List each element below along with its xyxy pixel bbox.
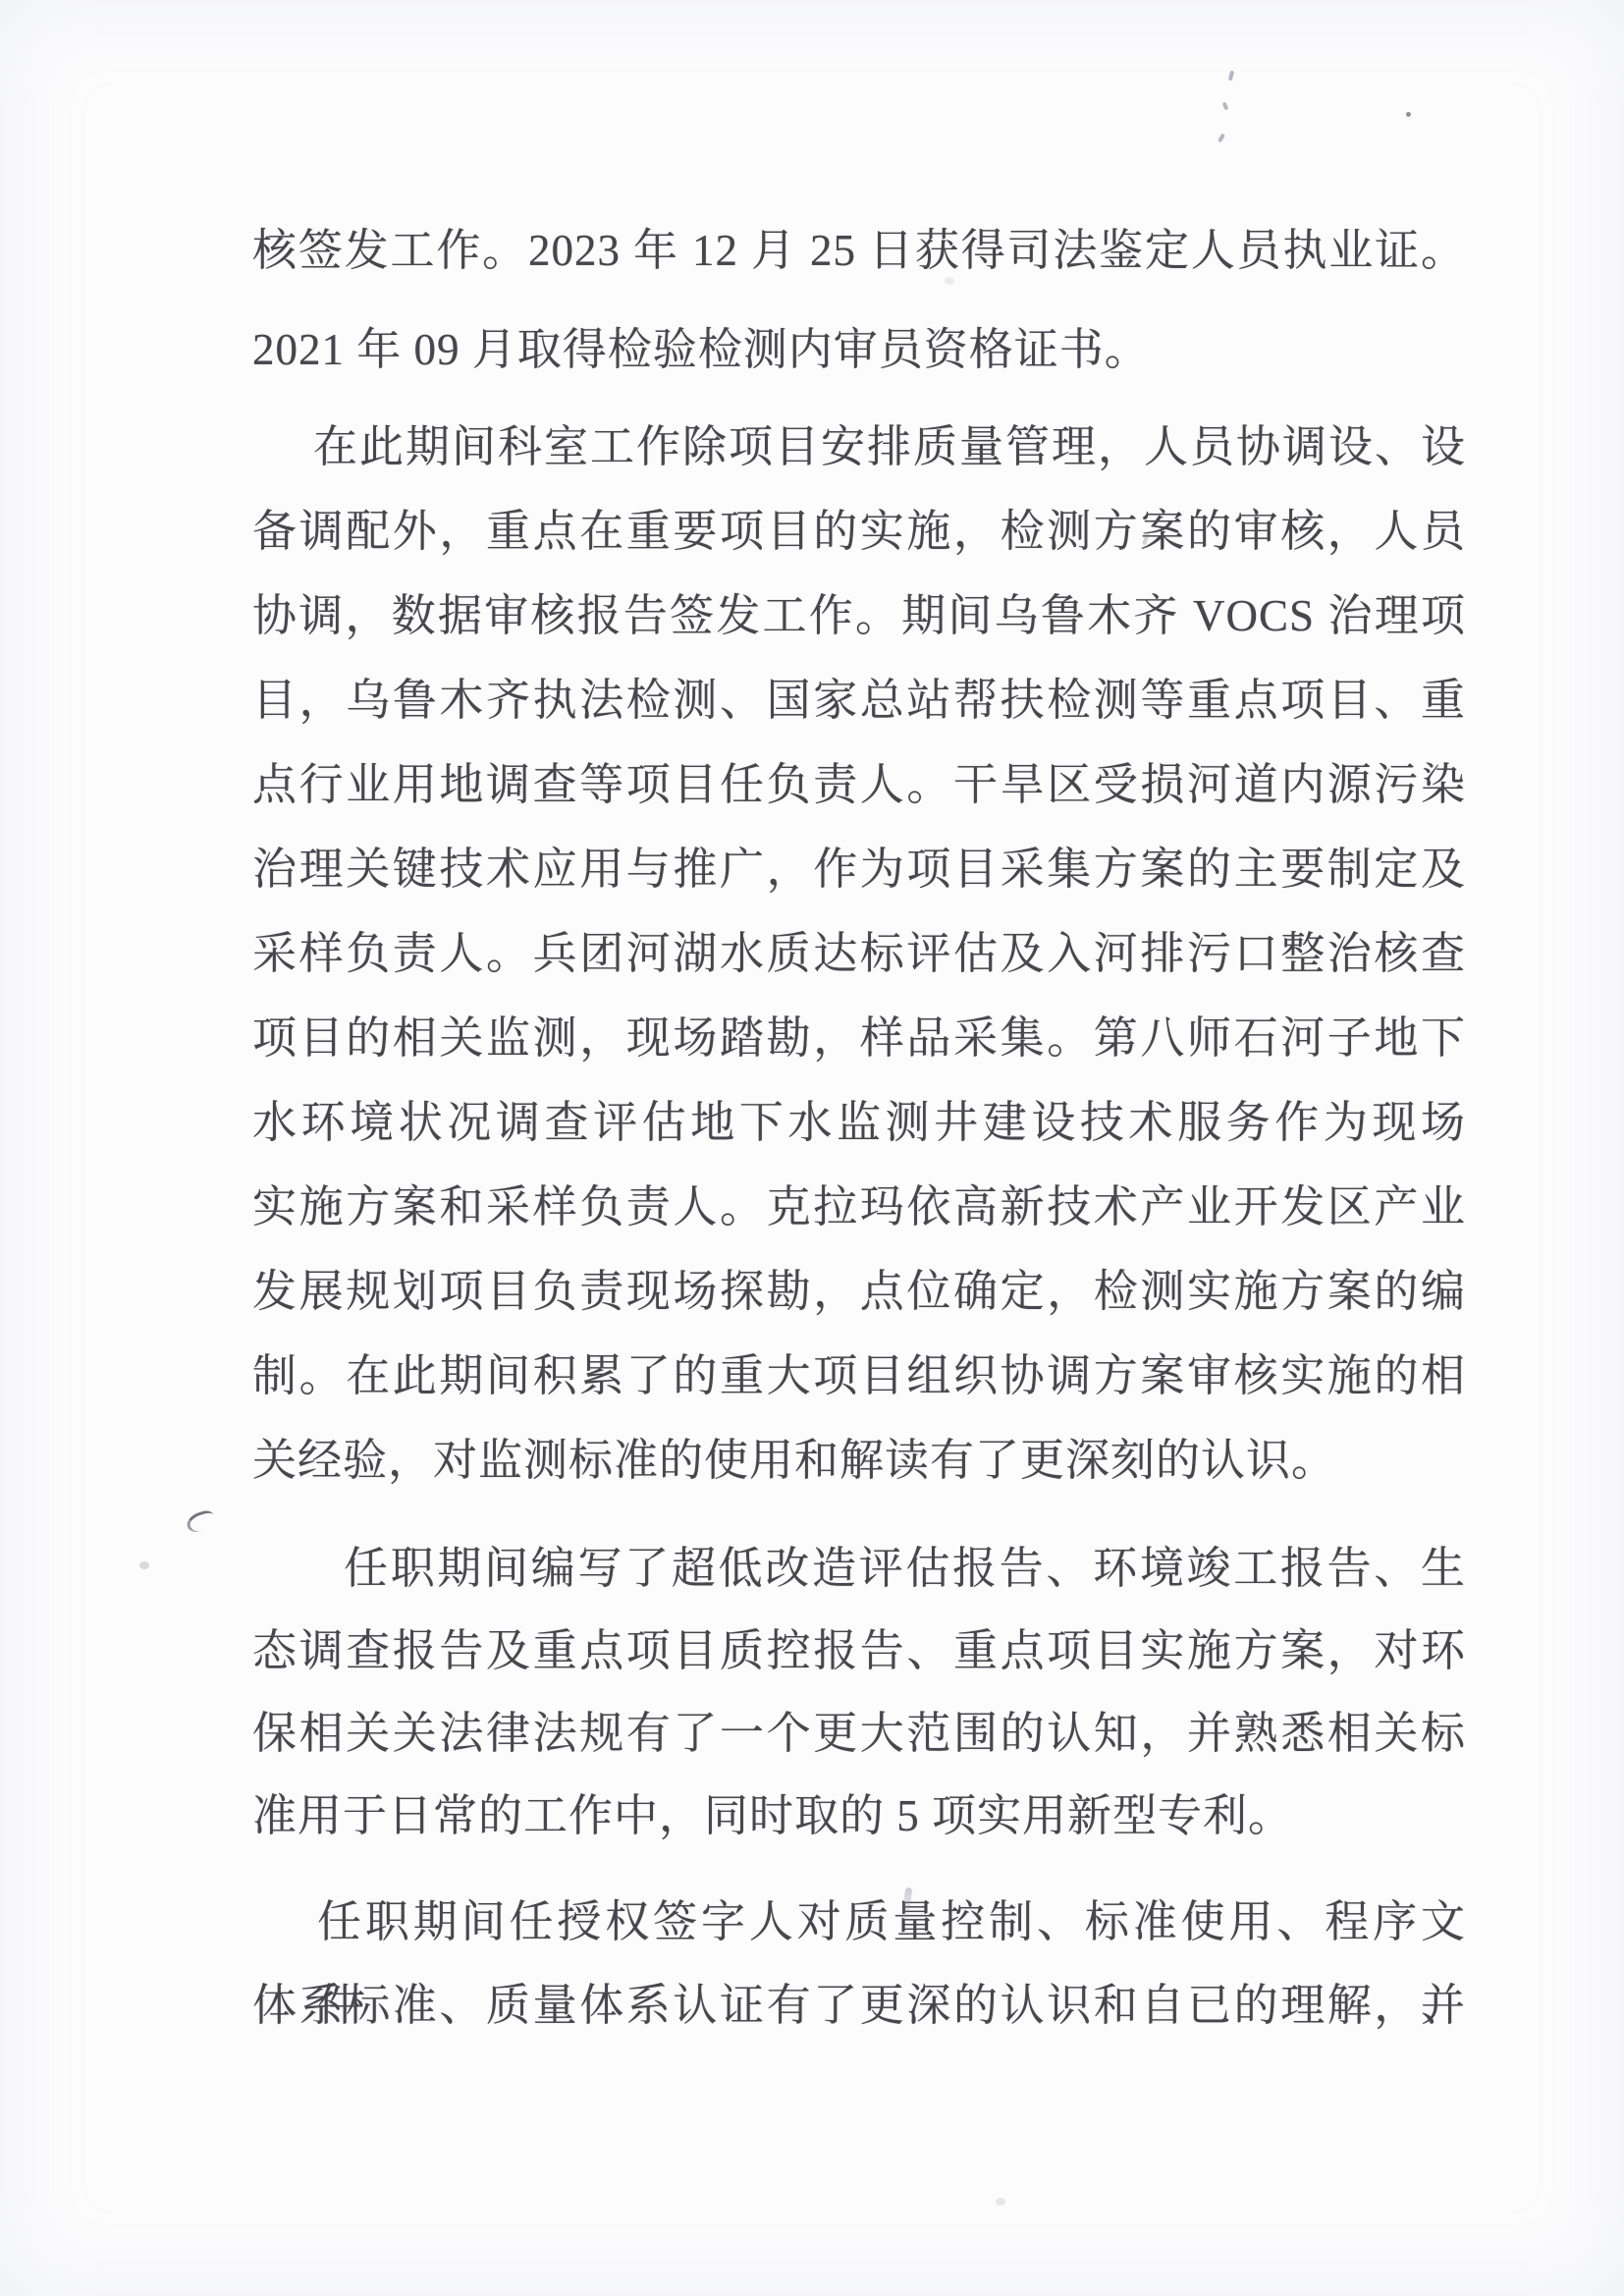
text-line: 采样负责人。兵团河湖水质达标评估及入河排污口整治核查 xyxy=(252,911,1466,996)
scan-speck xyxy=(996,2198,1005,2206)
scan-speck xyxy=(1228,71,1234,82)
text-line: 2021 年 09 月取得检验检测内审员资格证书。 xyxy=(252,301,1466,400)
scan-speck xyxy=(1222,102,1229,111)
text-line: 点行业用地调查等项目任负责人。干旱区受损河道内源污染 xyxy=(252,742,1466,827)
text-line: 态调查报告及重点项目质控报告、重点项目实施方案，对环 xyxy=(252,1610,1466,1692)
text-line: 任职期间编写了超低改造评估报告、环境竣工报告、生 xyxy=(252,1527,1466,1610)
text-line: 关经验，对监测标准的使用和解读有了更深刻的认识。 xyxy=(252,1418,1466,1503)
text-line: 协调，数据审核报告签发工作。期间乌鲁木齐 VOCS 治理项 xyxy=(252,574,1466,658)
text-line: 在此期间科室工作除项目安排质量管理，人员协调设、设 xyxy=(252,405,1466,489)
text-line: 目，乌鲁木齐执法检测、国家总站帮扶检测等重点项目、重 xyxy=(252,658,1466,742)
paragraph-reports-patents: 任职期间编写了超低改造评估报告、环境竣工报告、生态调查报告及重点项目质控报告、重… xyxy=(252,1527,1466,1857)
paragraph-authorized-signatory: 任职期间任授权签字人对质量控制、标准使用、程序文件、体系标准、质量体系认证有了更… xyxy=(252,1881,1466,2048)
text-line: 项目的相关监测，现场踏勘，样品采集。第八师石河子地下 xyxy=(252,996,1466,1080)
scan-scribble xyxy=(185,1508,217,1535)
text-line: 实施方案和采样负责人。克拉玛依高新技术产业开发区产业 xyxy=(252,1165,1466,1249)
text-line: 水环境状况调查评估地下水监测井建设技术服务作为现场 xyxy=(252,1080,1466,1165)
scanned-document-page: 核签发工作。2023 年 12 月 25 日获得司法鉴定人员执业证。2021 年… xyxy=(0,0,1624,2296)
text-line: 发展规划项目负责现场探勘，点位确定，检测实施方案的编 xyxy=(252,1249,1466,1334)
text-line: 制。在此期间积累了的重大项目组织协调方案审核实施的相 xyxy=(252,1334,1466,1418)
text-line: 任职期间任授权签字人对质量控制、标准使用、程序文件、 xyxy=(252,1881,1466,1964)
text-line: 准用于日常的工作中，同时取的 5 项实用新型专利。 xyxy=(252,1775,1466,1857)
scan-speck xyxy=(139,1561,149,1569)
paragraph-certificates: 核签发工作。2023 年 12 月 25 日获得司法鉴定人员执业证。2021 年… xyxy=(252,201,1466,400)
scan-speck xyxy=(1218,134,1225,143)
text-line: 保相关关法律法规有了一个更大范围的认知，并熟悉相关标 xyxy=(252,1692,1466,1775)
paragraph-department-work: 在此期间科室工作除项目安排质量管理，人员协调设、设备调配外，重点在重要项目的实施… xyxy=(252,405,1466,1503)
text-line: 治理关键技术应用与推广，作为项目采集方案的主要制定及 xyxy=(252,827,1466,911)
scan-speck xyxy=(1406,112,1411,117)
text-line: 备调配外，重点在重要项目的实施，检测方案的审核，人员 xyxy=(252,489,1466,574)
text-line: 体系标准、质量体系认证有了更深的认识和自已的理解，并 xyxy=(252,1964,1466,2048)
text-line: 核签发工作。2023 年 12 月 25 日获得司法鉴定人员执业证。 xyxy=(252,201,1466,301)
